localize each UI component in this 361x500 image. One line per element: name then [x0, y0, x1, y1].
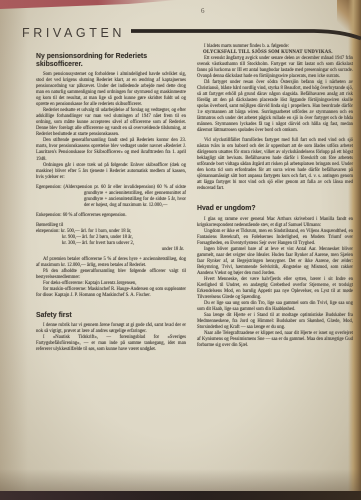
paragraph: Egenpension: (Alderspension pr. 60 år el… — [36, 185, 186, 209]
masthead-rule — [130, 26, 361, 41]
paragraph: Naar alle Telegraftraadene er klippet ne… — [197, 331, 353, 349]
paragraph: Ungdom er ikke et Tidsrum, men en Sindst… — [197, 229, 353, 247]
right-text-column: I bladets marts nummer findes b. a. følg… — [197, 44, 353, 349]
paragraph: I denne rubrik har vi gennem årene forsø… — [36, 323, 186, 335]
masthead-title: FRIVAGTEN — [22, 26, 125, 40]
page-number: 6 — [201, 7, 205, 15]
paragraph: Hvert Menneske, det være halvfjerds elle… — [197, 277, 353, 301]
paragraph: Ingen bliver gammel bare af at leve et v… — [197, 247, 353, 277]
paragraph: Du er lige saa ung som din Tro, lige saa… — [197, 301, 353, 313]
bottom-edge-shadow — [0, 469, 361, 491]
paragraph: Vid olyckstillfället framfördes fartyget… — [197, 138, 353, 192]
paragraph: I glas og ramme over general Mac Arthurs… — [197, 217, 353, 229]
paragraph: Som pensionssystemet og forholdene i alm… — [36, 72, 186, 108]
photo-bottom-edge — [0, 491, 361, 500]
magazine-page-photo: 6 FRIVAGTEN Ny pensionsordning for Reder… — [0, 0, 361, 500]
left-edge-shadow — [0, 0, 28, 500]
paragraph: Ordningen går i store træk ud på følgend… — [36, 163, 186, 181]
section-heading: Ny pensionsordning for Rederiets skibsof… — [36, 53, 186, 69]
paragraph: for maskin-officererne: Maskinchef R. Ha… — [36, 287, 186, 299]
paragraph: under 18 år. — [36, 247, 186, 253]
left-text-column: Ny pensionsordning for Rederiets skibsof… — [36, 53, 186, 353]
paragraph: Rederiet nedsatte et udvalg til udarbejd… — [36, 108, 186, 138]
paragraph: Af præmien betaler officererne 5 % af de… — [36, 257, 186, 269]
masthead-row: FRIVAGTEN — [22, 24, 354, 42]
paragraph: Då fartyget under resan över södra Öster… — [197, 80, 353, 134]
section-heading: Hvad er ungdom? — [197, 205, 353, 213]
paragraph: Enkepension: 60 % af officerernes egenpe… — [36, 213, 186, 219]
paragraph: På den afholdte generalforsamling blev f… — [36, 269, 186, 281]
section-heading: Safety first — [36, 312, 186, 320]
paragraph: Den stiftende generalforsamling fandt st… — [36, 138, 186, 162]
paragraph: Saa længe dit Hjerte er i Stand til at m… — [197, 313, 353, 331]
paragraph: Ett svenskt ångfartyg avgick under senar… — [197, 56, 353, 80]
paragraph: I «Nautisk Tidskrift», — foreningsblad f… — [36, 335, 186, 353]
